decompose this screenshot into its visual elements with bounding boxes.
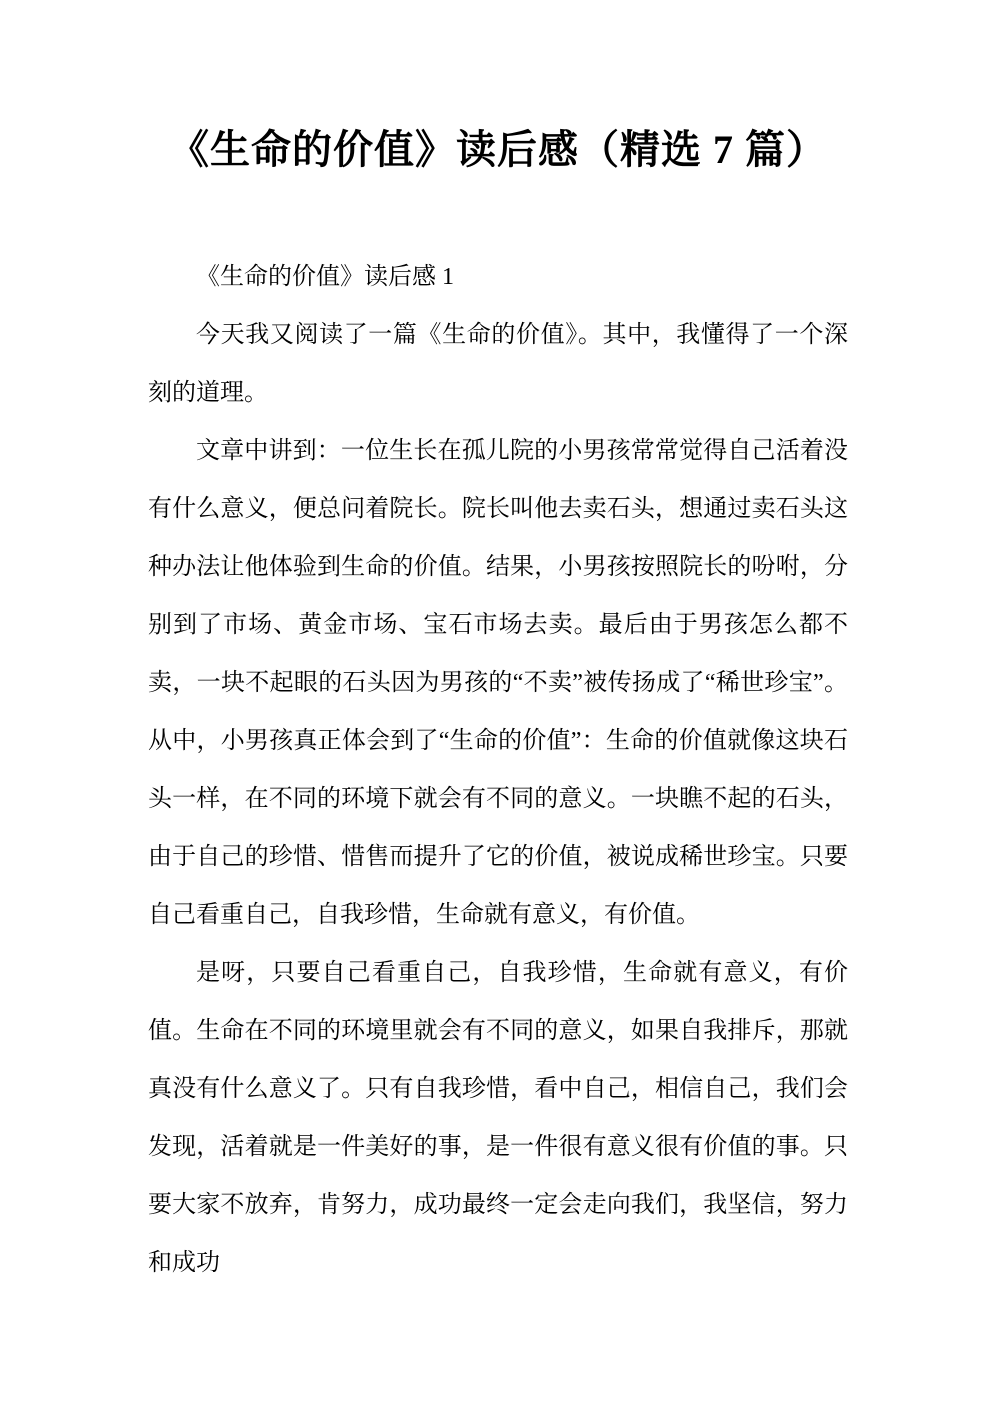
- document-page: 《生命的价值》读后感（精选 7 篇） 《生命的价值》读后感 1 今天我又阅读了一…: [0, 0, 993, 1404]
- paragraph: 今天我又阅读了一篇《生命的价值》。其中，我懂得了一个深刻的道理。: [148, 306, 848, 422]
- document-body: 《生命的价值》读后感 1 今天我又阅读了一篇《生命的价值》。其中，我懂得了一个深…: [148, 248, 848, 1292]
- page-title: 《生命的价值》读后感（精选 7 篇）: [148, 120, 848, 180]
- paragraph: 文章中讲到：一位生长在孤儿院的小男孩常常觉得自己活着没有什么意义，便总问着院长。…: [148, 422, 848, 944]
- paragraph: 是呀，只要自己看重自己，自我珍惜，生命就有意义，有价值。生命在不同的环境里就会有…: [148, 944, 848, 1292]
- section-heading: 《生命的价值》读后感 1: [148, 248, 848, 306]
